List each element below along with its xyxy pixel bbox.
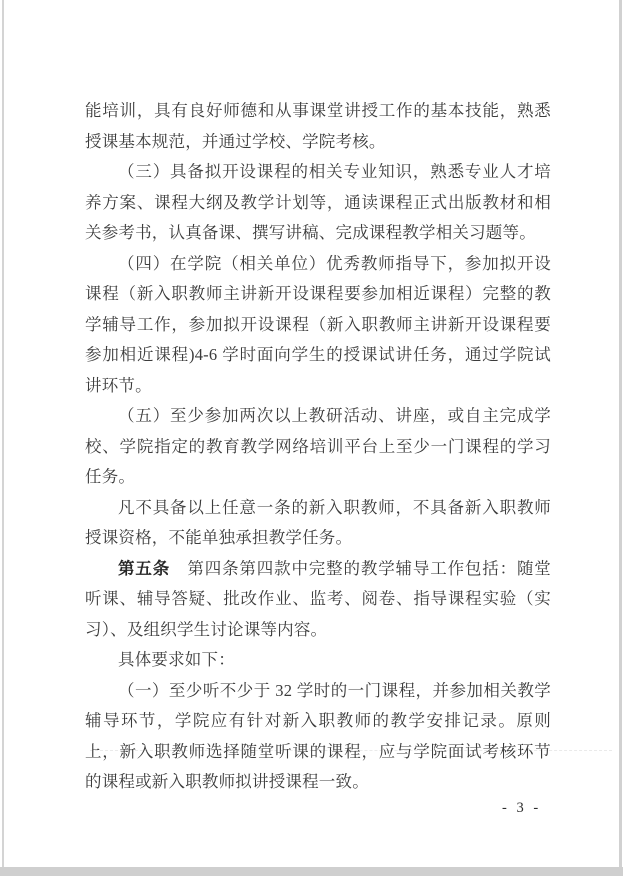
page-number: - 3 - [502, 800, 541, 817]
scan-edge-right [619, 0, 622, 876]
paragraph-article-5: 第五条 第四条第四款中完整的教学辅导工作包括：随堂听课、辅导答疑、批改作业、监考… [85, 554, 551, 646]
document-page: 能培训，具有良好师德和从事课堂讲授工作的基本技能，熟悉授课基本规范，并通过学校、… [0, 0, 623, 876]
paragraph-item-4: （四）在学院（相关单位）优秀教师指导下，参加拟开设课程（新入职教师主讲新开设课程… [85, 249, 551, 402]
article-number-heading: 第五条 [118, 559, 170, 578]
paragraph-item-3: （三）具备拟开设课程的相关专业知识，熟悉专业人才培养方案、课程大纲及教学计划等，… [85, 157, 551, 249]
paragraph-continuation: 能培训，具有良好师德和从事课堂讲授工作的基本技能，熟悉授课基本规范，并通过学校、… [85, 96, 551, 157]
paragraph-requirement-1: （一）至少听不少于 32 学时的一门课程，并参加相关教学辅导环节，学院应有针对新… [85, 676, 551, 798]
paragraph-requirements-intro: 具体要求如下： [85, 645, 551, 676]
paragraph-disqualification: 凡不具备以上任意一条的新入职教师，不具备新入职教师授课资格，不能单独承担教学任务… [85, 493, 551, 554]
scan-edge-left [2, 0, 4, 876]
scan-edge-bottom [0, 867, 623, 876]
body-text: 能培训，具有良好师德和从事课堂讲授工作的基本技能，熟悉授课基本规范，并通过学校、… [85, 96, 551, 798]
paragraph-item-5: （五）至少参加两次以上教研活动、讲座，或自主完成学校、学院指定的教育教学网络培训… [85, 401, 551, 493]
